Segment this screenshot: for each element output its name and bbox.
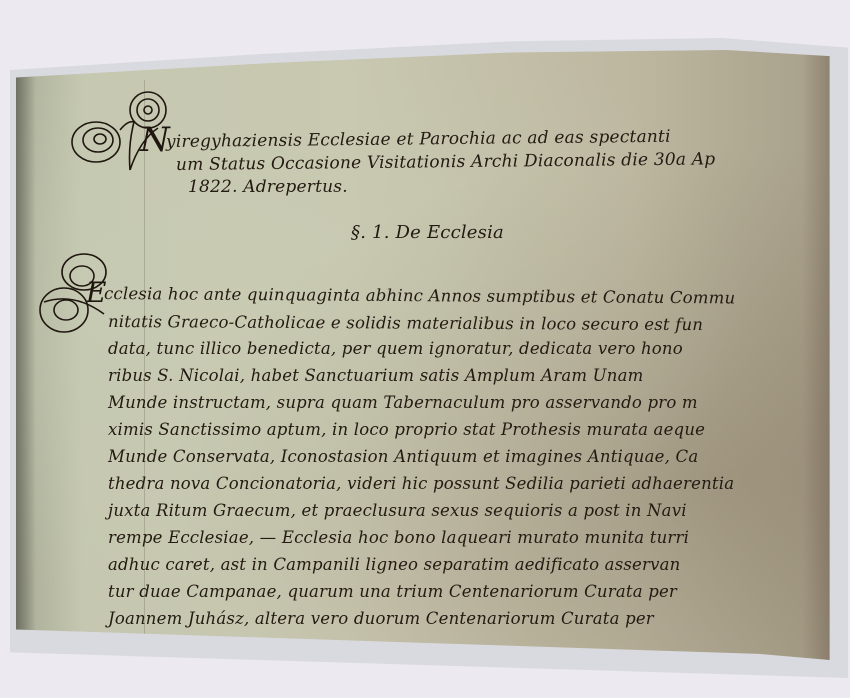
body-line-6: ximis Sanctissimo aptum, in loco proprio… <box>108 420 705 439</box>
body-line-10: rempe Ecclesiae, — Ecclesia hoc bono laq… <box>108 528 689 547</box>
body-line-3: data, tunc illico benedicta, per quem ig… <box>108 339 683 358</box>
body-line-13: Joannem Juhász, altera vero duorum Cente… <box>108 609 654 628</box>
body-line-1: cclesia hoc ante quinquaginta abhinc Ann… <box>104 284 736 307</box>
body-line-11: adhuc caret, ast in Campanili ligneo sep… <box>108 555 681 574</box>
heading-line-2: um Status Occasione Visitationis Archi D… <box>176 149 716 175</box>
manuscript-page: N yiregyhaziensis Ecclesiae et Parochia … <box>16 50 842 660</box>
body-line-12: tur duae Campanae, quarum una trium Cent… <box>108 582 677 601</box>
body-line-7: Munde Conservata, Iconostasion Antiquum … <box>108 447 698 466</box>
section-title: §. 1. De Ecclesia <box>351 222 504 243</box>
body-line-5: Munde instructam, supra quam Tabernaculu… <box>108 393 698 412</box>
heading-line-3: 1822. Adrepertus. <box>188 177 348 197</box>
heading-line-1: yiregyhaziensis Ecclesiae et Parochia ac… <box>166 127 671 152</box>
body-line-9: juxta Ritum Graecum, et praeclusura sexu… <box>108 501 687 520</box>
body-line-4: ribus S. Nicolai, habet Sanctuarium sati… <box>108 366 643 385</box>
body-line-2: nitatis Graeco-Catholicae e solidis mate… <box>108 312 703 334</box>
body-line-8: thedra nova Concionatoria, videri hic po… <box>108 474 734 493</box>
